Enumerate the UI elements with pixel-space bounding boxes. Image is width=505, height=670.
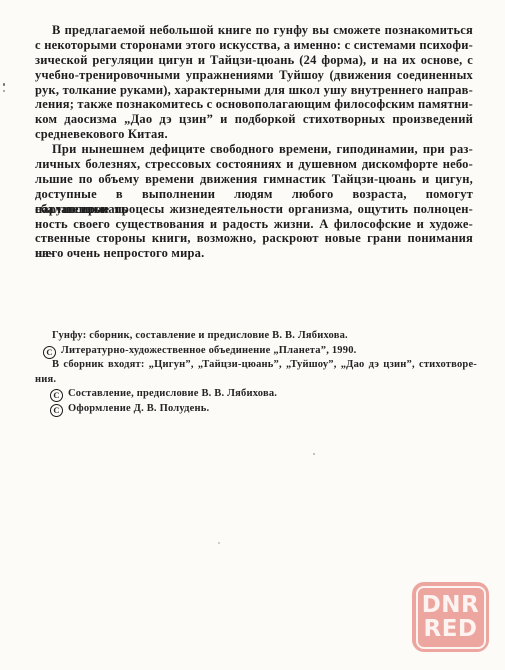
body-text-line: средневекового Китая. xyxy=(35,127,473,142)
body-text-line: льшие по объему времени движения гимнаст… xyxy=(35,172,473,187)
scan-speckle xyxy=(313,453,315,455)
body-text-line: с некоторыми сторонами этого искусства, … xyxy=(35,38,473,53)
body-text-line: нарушенные процесы жизнедеятельности орг… xyxy=(35,202,473,217)
dnr-red-watermark-border: DNR RED xyxy=(416,586,486,649)
body-text-line: рук, толкание руками), характерными для … xyxy=(35,83,473,98)
body-text-line: доступные в выполнении людям любого возр… xyxy=(35,187,473,202)
copyright-icon: С xyxy=(43,346,56,359)
copyright-icon: С xyxy=(50,389,63,402)
watermark-text-red: RED xyxy=(423,617,477,641)
scan-speckle xyxy=(218,542,220,544)
scanned-book-page: В предлагаемой небольшой книге по гунфу … xyxy=(0,0,505,670)
credits-line: СОформление Д. В. Полудень. xyxy=(35,402,477,417)
dnr-red-watermark-badge: DNR RED xyxy=(412,582,489,652)
credits-line: ССоставление, предисловие В. В. Лябихова… xyxy=(35,387,477,402)
body-text-line: учебно-тренировочными упражнениями Туйшо… xyxy=(35,68,473,83)
imprint-credits-block: Гунфу: сборник, составление и предислови… xyxy=(35,329,477,417)
watermark-text-dnr: DNR xyxy=(422,593,480,617)
body-text-line: ность своего существования и радость жиз… xyxy=(35,217,473,232)
credits-line: СЛитературно-художественное объединение … xyxy=(35,344,477,359)
body-text-line: ления; также познакомитесь с основополаг… xyxy=(35,97,473,112)
scan-speckle xyxy=(3,83,5,86)
body-text-line: шего очень непростого мира. xyxy=(35,246,473,261)
body-text-line: зической регуляции цигун и Тайцзи-цюань … xyxy=(35,53,473,68)
credits-line: В сборник входят: „Цигун”, „Тайцзи-цюань… xyxy=(35,358,477,373)
body-text-line: ственные стороны книги, возможно, раскро… xyxy=(35,231,473,246)
body-text-line: В предлагаемой небольшой книге по гунфу … xyxy=(35,23,473,38)
credits-line: ния. xyxy=(35,373,477,388)
scan-speckle xyxy=(3,90,5,92)
body-text-line: ком даосизма „Дао дэ цзин” и подборкой с… xyxy=(35,112,473,127)
intro-text-block: В предлагаемой небольшой книге по гунфу … xyxy=(35,23,473,261)
body-text-line: личных болезнях, стрессовых состояниях и… xyxy=(35,157,473,172)
body-text-line: При нынешнем дефиците свободного времени… xyxy=(35,142,473,157)
credits-line: Гунфу: сборник, составление и предислови… xyxy=(35,329,477,344)
copyright-icon: С xyxy=(50,404,63,417)
